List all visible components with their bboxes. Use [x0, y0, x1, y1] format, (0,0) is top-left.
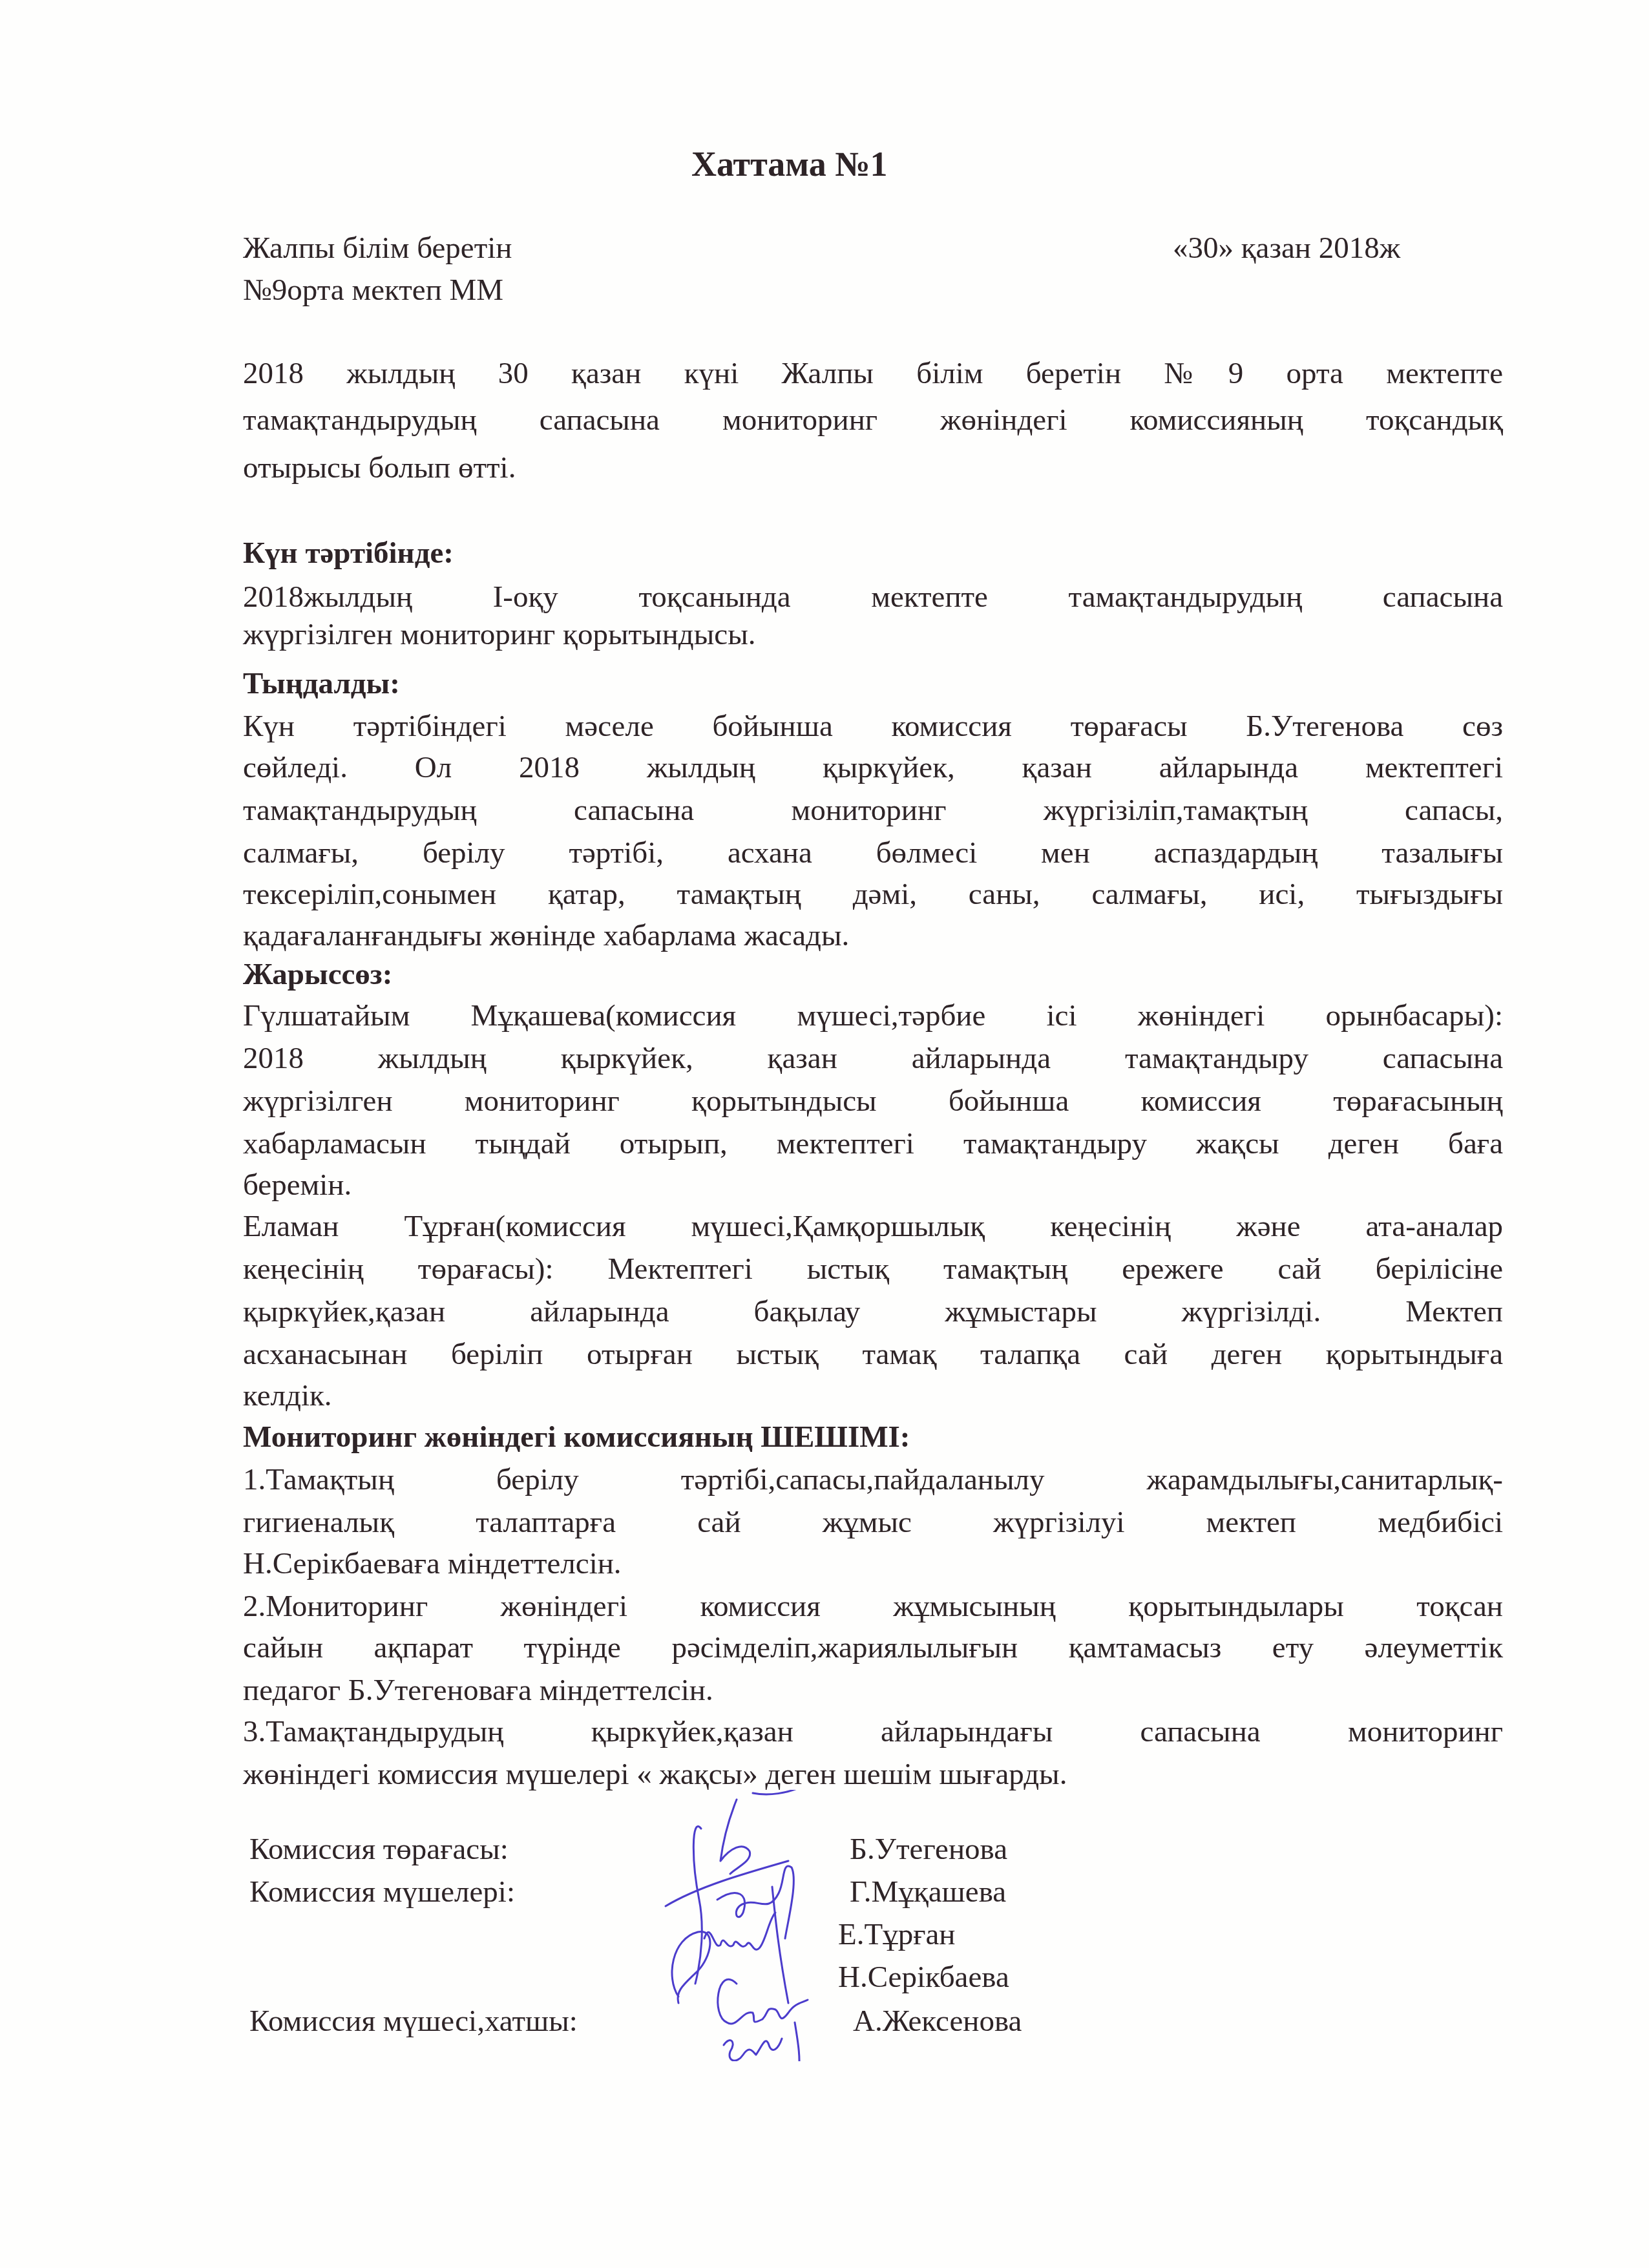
heard-line: тамақтандырудың сапасына мониторинг жүрг… [243, 791, 1503, 830]
heard-line: қадағаланғандығы жөнінде хабарлама жасад… [243, 916, 1503, 955]
decision-line: гигиеналық талаптарға сай жұмыс жүргізіл… [243, 1503, 1503, 1542]
debate-line: келдік. [243, 1376, 1503, 1415]
debate-line: кеңесінің төрағасы): Мектептегі ыстық та… [243, 1250, 1503, 1288]
debate-line: 2018 жылдың қыркүйек, қазан айларында та… [243, 1039, 1503, 1078]
decision-line: 1.Тамақтың берілу тәртібі,сапасы,пайдала… [243, 1460, 1503, 1499]
decision-heading: Мониторинг жөніндегі комиссияның ШЕШІМІ: [243, 1418, 1503, 1456]
debate-line: жүргізілген мониторинг қорытындысы бойын… [243, 1082, 1503, 1120]
member-name: Г.Мұқашева [850, 1873, 1006, 1911]
decision-line: 2.Мониторинг жөніндегі комиссия жұмысыны… [243, 1587, 1503, 1626]
document-title: Хаттама №1 [691, 143, 911, 185]
decision-line: педагог Б.Утегеноваға міндеттелсін. [243, 1671, 1503, 1710]
heard-line: сөйледі. Ол 2018 жылдың қыркүйек, қазан … [243, 748, 1503, 787]
decision-line: жөніндегі комиссия мүшелері « жақсы» дег… [243, 1755, 1503, 1794]
decision-line: сайын ақпарат түрінде рәсімделіп,жариялы… [243, 1628, 1503, 1667]
intro-line: отырысы болып өтті. [243, 448, 1503, 487]
debate-line: қыркүйек,қазан айларында бақылау жұмыста… [243, 1292, 1503, 1331]
secretary-name: А.Жексенова [853, 2002, 1022, 2041]
handwritten-signatures-icon [640, 1790, 859, 2061]
debate-line: Еламан Тұрған(комиссия мүшесі,Қамқоршылы… [243, 1207, 1503, 1246]
agenda-line: жүргізілген мониторинг қорытындысы. [243, 615, 1503, 654]
debate-line: асханасынан беріліп отырған ыстық тамақ … [243, 1335, 1503, 1374]
org-line-2: №9орта мектеп ММ [243, 269, 503, 311]
heard-line: тексеріліп,сонымен қатар, тамақтың дәмі,… [243, 875, 1503, 914]
secretary-label: Комиссия мүшесі,хатшы: [249, 2002, 578, 2041]
agenda-heading: Күн тәртібінде: [243, 534, 1503, 572]
heard-line: Күн тәртібіндегі мәселе бойынша комиссия… [243, 707, 1503, 746]
debate-heading: Жарыссөз: [243, 955, 1503, 994]
decision-line: Н.Серікбаеваға міндеттелсін. [243, 1544, 1503, 1583]
decision-line: 3.Тамақтандырудың қыркүйек,қазан айларын… [243, 1712, 1503, 1751]
agenda-line: 2018жылдың I-оқу тоқсанында мектепте там… [243, 578, 1503, 616]
debate-line: Гүлшатайым Мұқашева(комиссия мүшесі,тәрб… [243, 996, 1503, 1035]
document-page: Хаттама №1 Жалпы білім беретін №9орта ме… [0, 0, 1649, 2268]
debate-line: беремін. [243, 1166, 1503, 1204]
intro-line: тамақтандырудың сапасына мониторинг жөні… [243, 401, 1503, 439]
org-line-1: Жалпы білім беретін [243, 227, 512, 269]
members-label: Комиссия мүшелері: [249, 1873, 515, 1911]
intro-line: 2018 жылдың 30 қазан күні Жалпы білім бе… [243, 354, 1503, 393]
debate-line: хабарламасын тыңдай отырып, мектептегі т… [243, 1124, 1503, 1163]
chair-label: Комиссия төрағасы: [249, 1830, 509, 1869]
document-date: «30» қазан 2018ж [1173, 227, 1400, 269]
member-name: Н.Серікбаева [838, 1958, 1009, 1997]
heard-heading: Тыңдалды: [243, 664, 1503, 703]
chair-name: Б.Утегенова [850, 1830, 1007, 1869]
heard-line: салмағы, берілу тәртібі, асхана бөлмесі … [243, 834, 1503, 872]
